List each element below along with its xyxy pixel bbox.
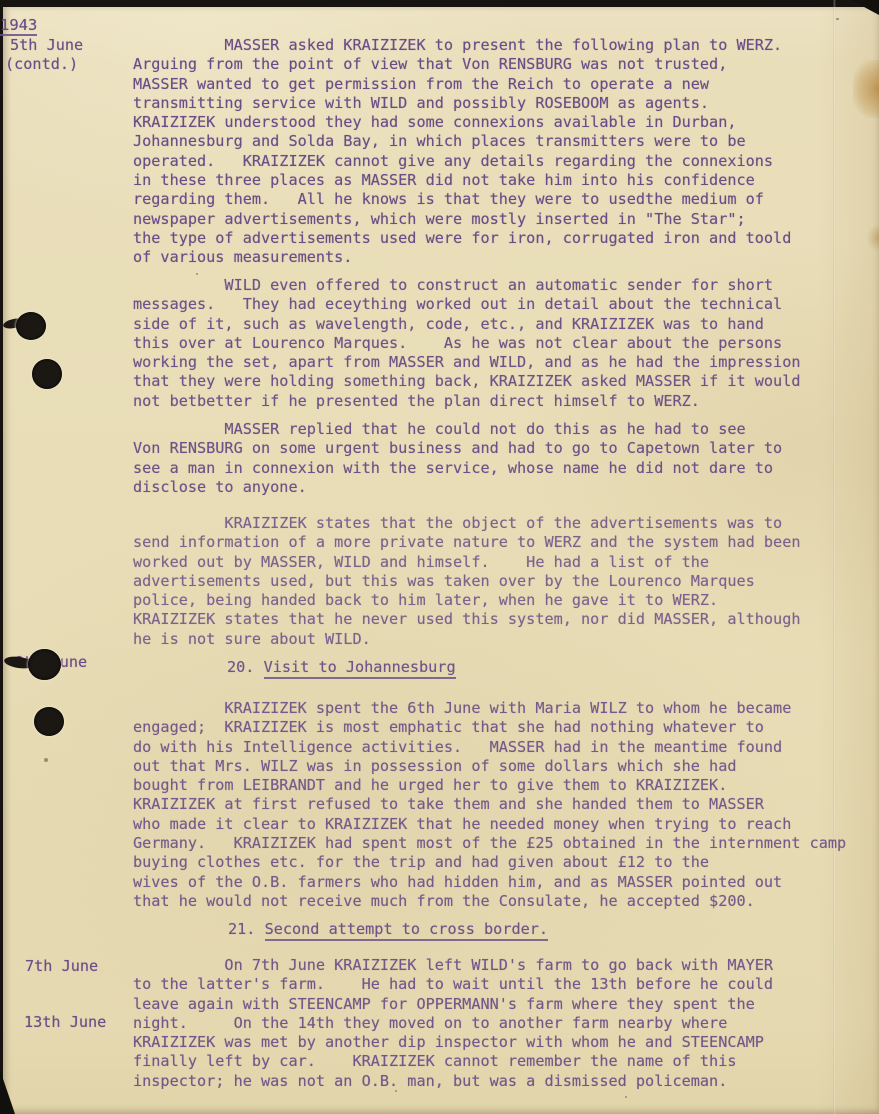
text-line: working the set, apart from MASSER and W… — [133, 353, 801, 372]
text-line: engaged; KRAIZIZEK is most emphatic that… — [133, 718, 846, 737]
heading-number: 21. — [228, 920, 265, 938]
document-content: 1943 MASSER asked KRAIZIZEK to present t… — [0, 0, 879, 1114]
paragraph: KRAIZIZEK spent the 6th June with Maria … — [133, 699, 846, 911]
text-line: advertisements used, but this was taken … — [133, 572, 801, 591]
text-line: KRAIZIZEK was met by another dip inspect… — [133, 1033, 773, 1052]
margin-note: 7th June — [25, 957, 98, 976]
heading-number: 20. — [227, 658, 264, 676]
margin-note: (contd.) — [5, 55, 78, 74]
text-line: bought from LEIBRANDT and he urged her t… — [133, 776, 846, 795]
document-page: 1943 MASSER asked KRAIZIZEK to present t… — [0, 0, 879, 1114]
text-line: MASSER wanted to get permission from the… — [133, 75, 791, 94]
paragraph: KRAIZIZEK states that the object of the … — [133, 514, 801, 649]
text-line: newspaper advertisements, which were mos… — [133, 210, 791, 229]
text-line: KRAIZIZEK spent the 6th June with Maria … — [133, 699, 846, 718]
hole-punch — [32, 359, 62, 389]
paper-speck — [836, 18, 839, 20]
text-line: police, being handed back to him later, … — [133, 591, 801, 610]
text-line: operated. KRAIZIZEK cannot give any deta… — [133, 152, 791, 171]
text-line: inspector; he was not an O.B. man, but w… — [133, 1072, 773, 1091]
text-line: this over at Lourenco Marques. As he was… — [133, 334, 801, 353]
paper-speck — [44, 758, 48, 762]
paper-speck — [395, 1090, 397, 1092]
hole-punch — [34, 707, 64, 736]
text-line: wives of the O.B. farmers who had hidden… — [133, 873, 846, 892]
year-label: 1943 — [0, 16, 37, 36]
text-line: finally left by car. KRAIZIZEK cannot re… — [133, 1052, 773, 1071]
text-line: KRAIZIZEK understood they had some conne… — [133, 113, 791, 132]
paragraph: On 7th June KRAIZIZEK left WILD's farm t… — [133, 956, 773, 1091]
text-line: KRAIZIZEK states that the object of the … — [133, 514, 801, 533]
text-line: KRAIZIZEK states that he never used this… — [133, 610, 801, 629]
text-line: On 7th June KRAIZIZEK left WILD's farm t… — [133, 956, 773, 975]
margin-note: 13th June — [24, 1013, 106, 1032]
text-line: send information of a more private natur… — [133, 533, 801, 552]
section-heading: 21. Second attempt to cross border. — [228, 920, 548, 939]
text-line: transmitting service with WILD and possi… — [133, 94, 791, 113]
text-line: leave again with STEENCAMP for OPPERMANN… — [133, 995, 773, 1014]
section-heading: 20. Visit to Johannesburg — [227, 658, 456, 677]
hole-punch — [28, 649, 61, 680]
text-line: that he would not receive much from the … — [133, 892, 846, 911]
text-line: WILD even offered to construct an automa… — [133, 276, 801, 295]
text-line: do with his Intelligence activities. MAS… — [133, 738, 846, 757]
hole-punch — [16, 312, 46, 340]
text-line: out that Mrs. WILZ was in possession of … — [133, 757, 846, 776]
text-line: he is not sure about WILD. — [133, 630, 801, 649]
text-line: messages. They had eceything worked out … — [133, 295, 801, 314]
text-line: in these three places as MASSER did not … — [133, 171, 791, 190]
text-line: MASSER replied that he could not do this… — [133, 420, 782, 439]
text-line: MASSER asked KRAIZIZEK to present the fo… — [133, 36, 791, 55]
text-line: worked out by MASSER, WILD and himself. … — [133, 553, 801, 572]
text-line: Von RENSBURG on some urgent business and… — [133, 439, 782, 458]
text-line: regarding them. All he knows is that the… — [133, 190, 791, 209]
text-line: of various measurements. — [133, 248, 791, 267]
paragraph: MASSER asked KRAIZIZEK to present the fo… — [133, 36, 791, 268]
paper-speck — [625, 1096, 627, 1098]
heading-title: Second attempt to cross border. — [265, 920, 548, 941]
paragraph: WILD even offered to construct an automa… — [133, 276, 801, 411]
text-line: night. On the 14th they moved on to anot… — [133, 1014, 773, 1033]
paper-speck — [196, 273, 198, 275]
text-line: Johannesburg and Solda Bay, in which pla… — [133, 132, 791, 151]
text-line: disclose to anyone. — [133, 478, 782, 497]
text-line: the type of advertisements used were for… — [133, 229, 791, 248]
text-line: to the latter's farm. He had to wait unt… — [133, 975, 773, 994]
text-line: who made it clear to KRAIZIZEK that he n… — [133, 815, 846, 834]
text-line: side of it, such as wavelength, code, et… — [133, 315, 801, 334]
text-line: see a man in connexion with the service,… — [133, 459, 782, 478]
text-line: that they were holding something back, K… — [133, 372, 801, 391]
heading-title: Visit to Johannesburg — [264, 658, 456, 679]
text-line: buying clothes etc. for the trip and had… — [133, 853, 846, 872]
text-line: not betbetter if he presented the plan d… — [133, 392, 801, 411]
text-line: Germany. KRAIZIZEK had spent most of the… — [133, 834, 846, 853]
paragraph: MASSER replied that he could not do this… — [133, 420, 782, 497]
text-line: KRAIZIZEK at first refused to take them … — [133, 795, 846, 814]
margin-note: 5th June — [10, 36, 83, 55]
text-line: Arguing from the point of view that Von … — [133, 55, 791, 74]
